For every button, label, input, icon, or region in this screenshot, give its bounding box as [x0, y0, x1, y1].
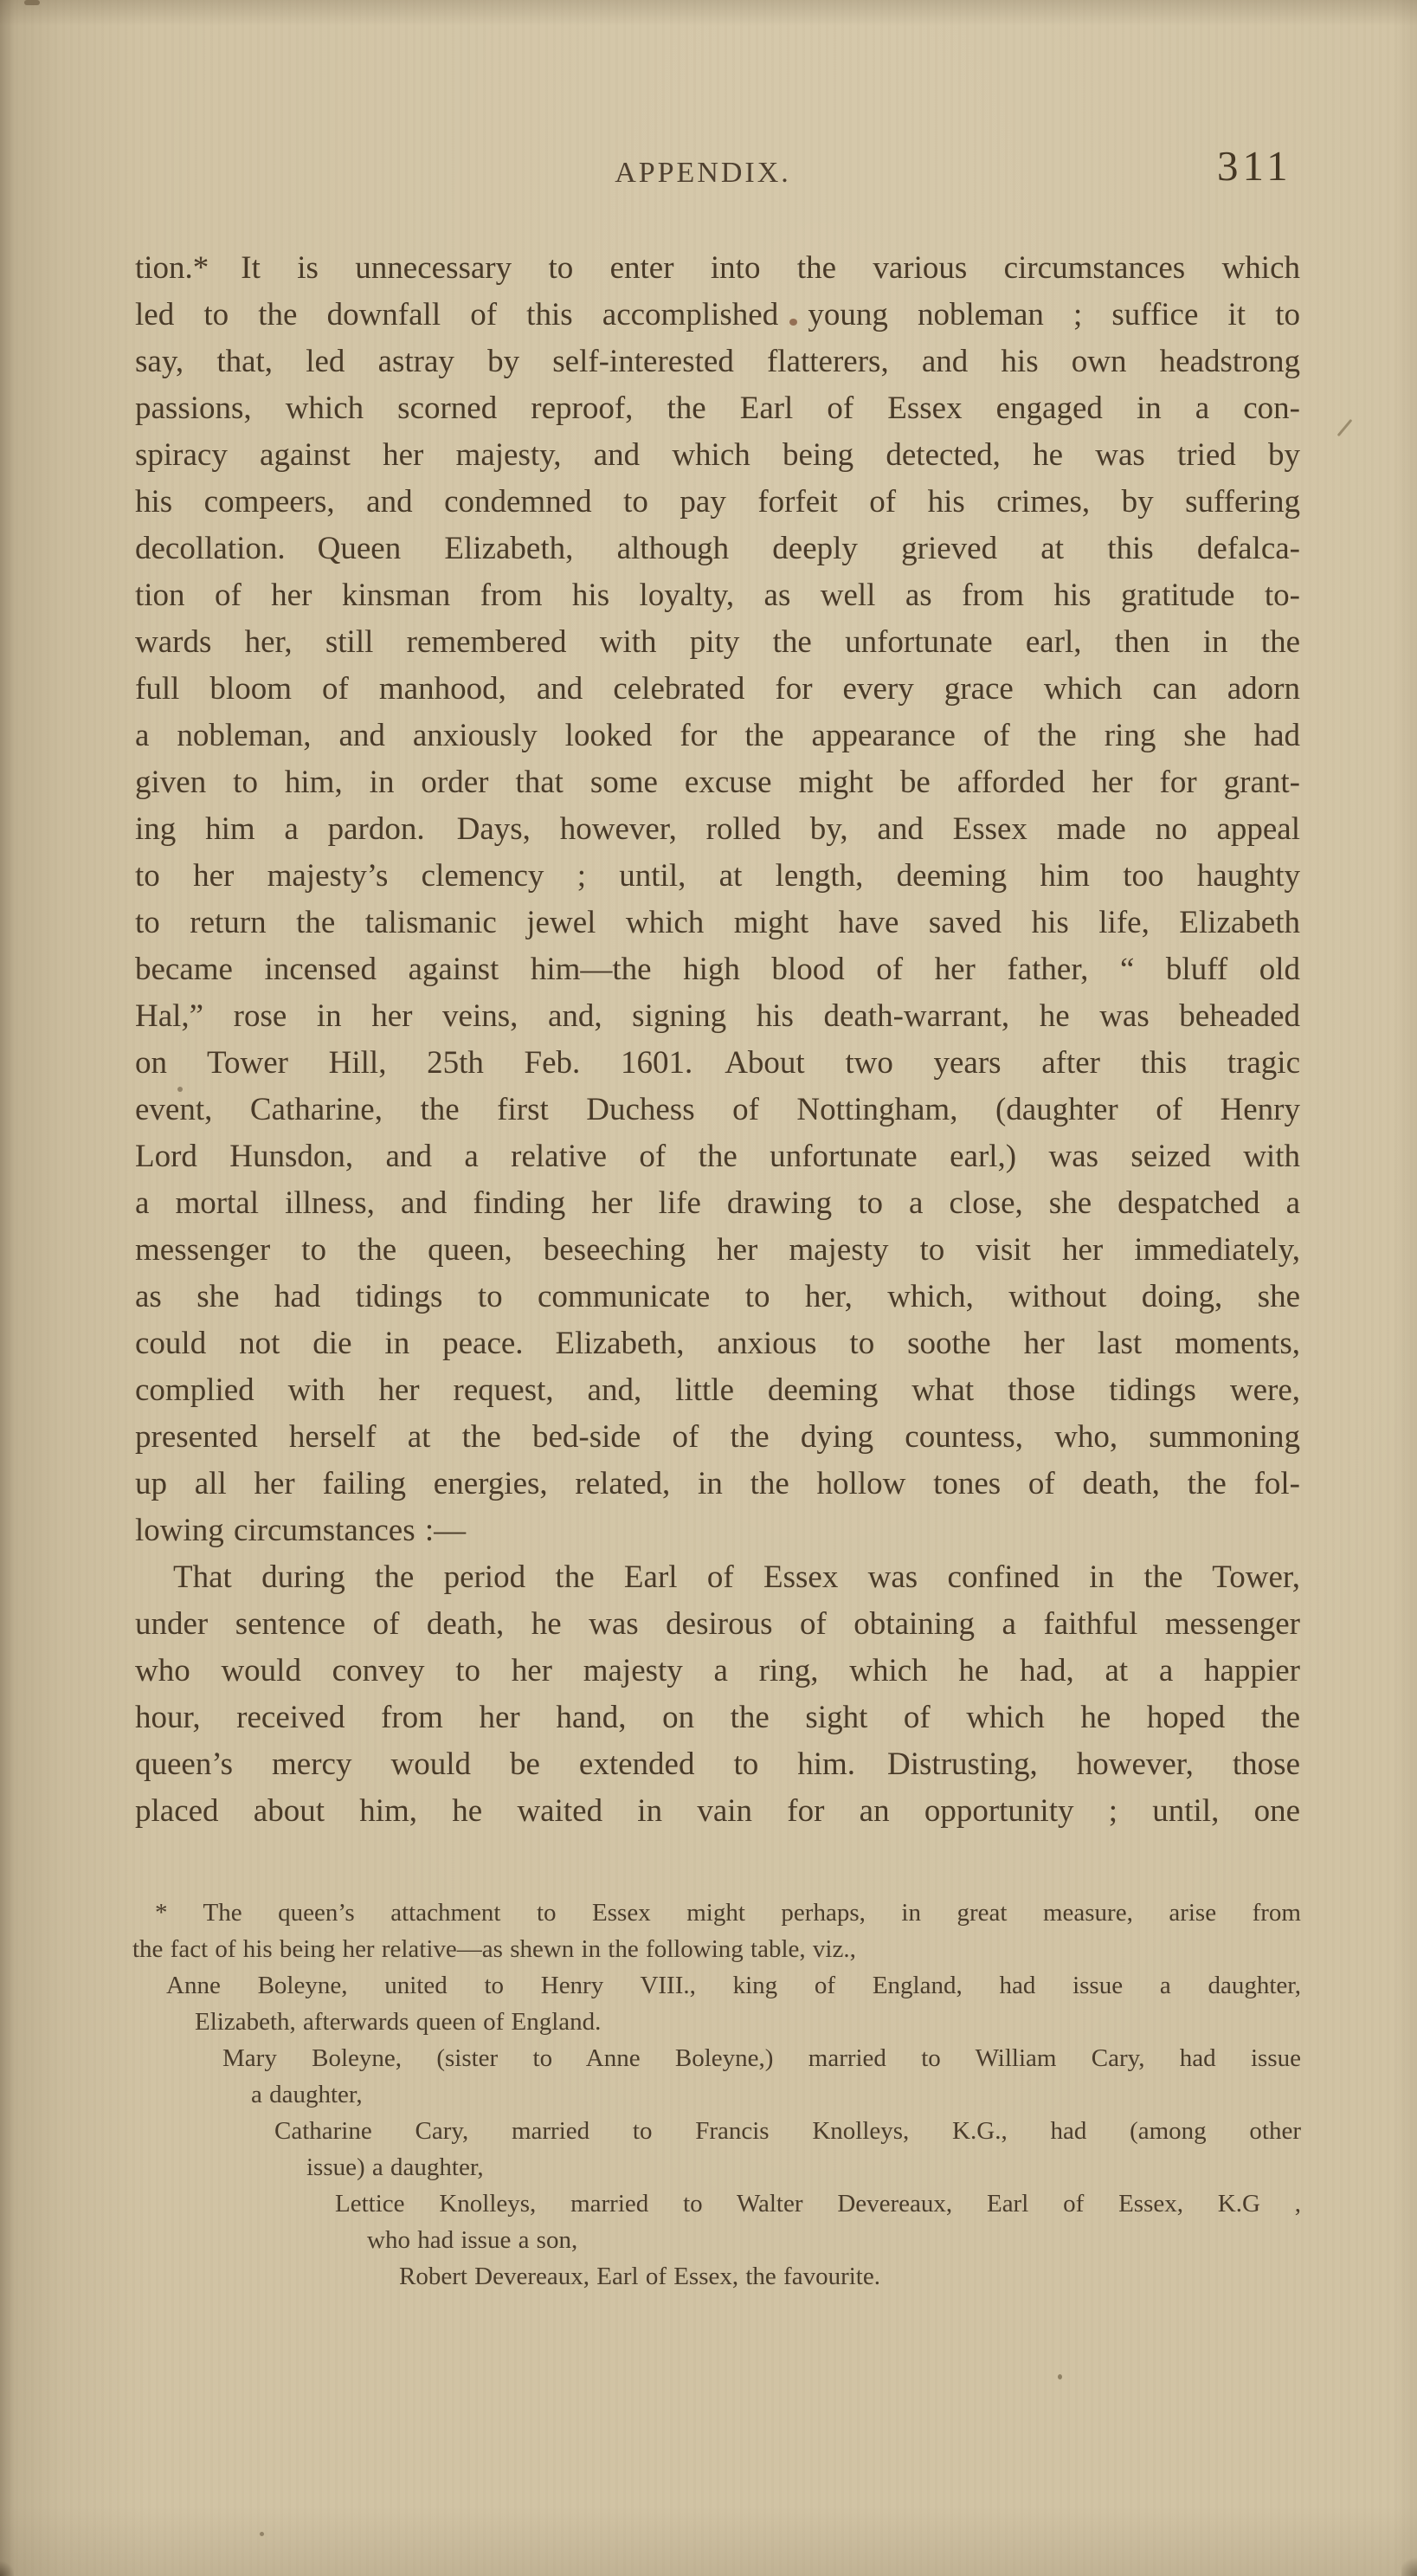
body-line: complied with her request, and, little d…	[135, 1367, 1300, 1414]
body-line: hour, received from her hand, on the sig…	[135, 1695, 1300, 1741]
footnote-line-genealogy: issue) a daughter,	[132, 2149, 1301, 2185]
margin-pen-mark	[1337, 419, 1353, 436]
footnote-line-genealogy: Mary Boleyne, (sister to Anne Boleyne,) …	[132, 2040, 1301, 2076]
footnote-block: * The queen’s attachment to Essex might …	[132, 1895, 1301, 2295]
body-line: Lord Hunsdon, and a relative of the unfo…	[135, 1133, 1300, 1180]
body-line: spiracy against her majesty, and which b…	[135, 432, 1300, 479]
page-corner-shadow	[1401, 2556, 1417, 2576]
running-header: APPENDIX.	[0, 157, 1406, 190]
body-line: on Tower Hill, 25th Feb. 1601. About two…	[135, 1040, 1300, 1087]
page-number: 311	[1217, 141, 1292, 190]
body-line: to her majesty’s clemency ; until, at le…	[135, 853, 1300, 900]
paper-speck	[789, 319, 797, 326]
body-line: full bloom of manhood, and celebrated fo…	[135, 666, 1300, 713]
body-line: his compeers, and condemned to pay forfe…	[135, 479, 1300, 526]
body-line: wards her, still remembered with pity th…	[135, 619, 1300, 666]
body-line: passions, which scorned reproof, the Ear…	[135, 385, 1300, 432]
footnote-line-genealogy: Anne Boleyne, united to Henry VIII., kin…	[132, 1967, 1301, 2004]
body-line: placed about him, he waited in vain for …	[135, 1788, 1300, 1835]
body-line: a nobleman, and anxiously looked for the…	[135, 713, 1300, 759]
body-line: messenger to the queen, beseeching her m…	[135, 1227, 1300, 1274]
paper-speck	[260, 2532, 264, 2536]
body-line: could not die in peace. Elizabeth, anxio…	[135, 1320, 1300, 1367]
footnote-line-genealogy: Elizabeth, afterwards queen of England.	[132, 2004, 1301, 2040]
footnote-line-genealogy: Robert Devereaux, Earl of Essex, the fav…	[132, 2258, 1301, 2295]
body-line: a mortal illness, and finding her life d…	[135, 1180, 1300, 1227]
page-corner-shadow	[0, 2561, 14, 2576]
paper-speck	[1058, 2374, 1062, 2379]
body-line: ing him a pardon. Days, however, rolled …	[135, 806, 1300, 853]
body-line: became incensed against him—the high blo…	[135, 946, 1300, 993]
body-line: Hal,” rose in her veins, and, signing hi…	[135, 993, 1300, 1040]
footnote-line-genealogy: a daughter,	[132, 2076, 1301, 2113]
footnote-line-genealogy: who had issue a son,	[132, 2222, 1301, 2258]
body-line: lowing circumstances :—	[135, 1508, 1300, 1554]
body-line: who would convey to her majesty a ring, …	[135, 1648, 1300, 1695]
footnote-line: the fact of his being her relative—as sh…	[132, 1931, 1301, 1967]
footnote-line-genealogy: Lettice Knolleys, married to Walter Deve…	[132, 2185, 1301, 2222]
body-line: under sentence of death, he was desirous…	[135, 1601, 1300, 1648]
footnote-line-genealogy: Catharine Cary, married to Francis Knoll…	[132, 2113, 1301, 2149]
paper-speck	[177, 1087, 183, 1092]
body-line-paragraph-start: That during the period the Earl of Essex…	[135, 1554, 1300, 1601]
body-line: event, Catharine, the first Duchess of N…	[135, 1087, 1300, 1133]
body-line: decollation. Queen Elizabeth, although d…	[135, 526, 1300, 572]
footnote-line: * The queen’s attachment to Essex might …	[132, 1895, 1301, 1931]
book-page-scan: APPENDIX. 311 tion.* It is unnecessary t…	[0, 0, 1417, 2576]
body-line: to return the talismanic jewel which mig…	[135, 900, 1300, 946]
body-text-block: tion.* It is unnecessary to enter into t…	[135, 245, 1300, 1835]
body-line: queen’s mercy would be extended to him. …	[135, 1741, 1300, 1788]
body-line: given to him, in order that some excuse …	[135, 759, 1300, 806]
body-line: up all her failing energies, related, in…	[135, 1461, 1300, 1508]
body-line: presented herself at the bed-side of the…	[135, 1414, 1300, 1461]
paper-edge-mark	[24, 0, 40, 5]
body-line: say, that, led astray by self-interested…	[135, 339, 1300, 385]
body-line: tion.* It is unnecessary to enter into t…	[135, 245, 1300, 292]
body-line: tion of her kinsman from his loyalty, as…	[135, 572, 1300, 619]
body-line: as she had tidings to communicate to her…	[135, 1274, 1300, 1320]
body-line: led to the downfall of this accomplished…	[135, 292, 1300, 339]
